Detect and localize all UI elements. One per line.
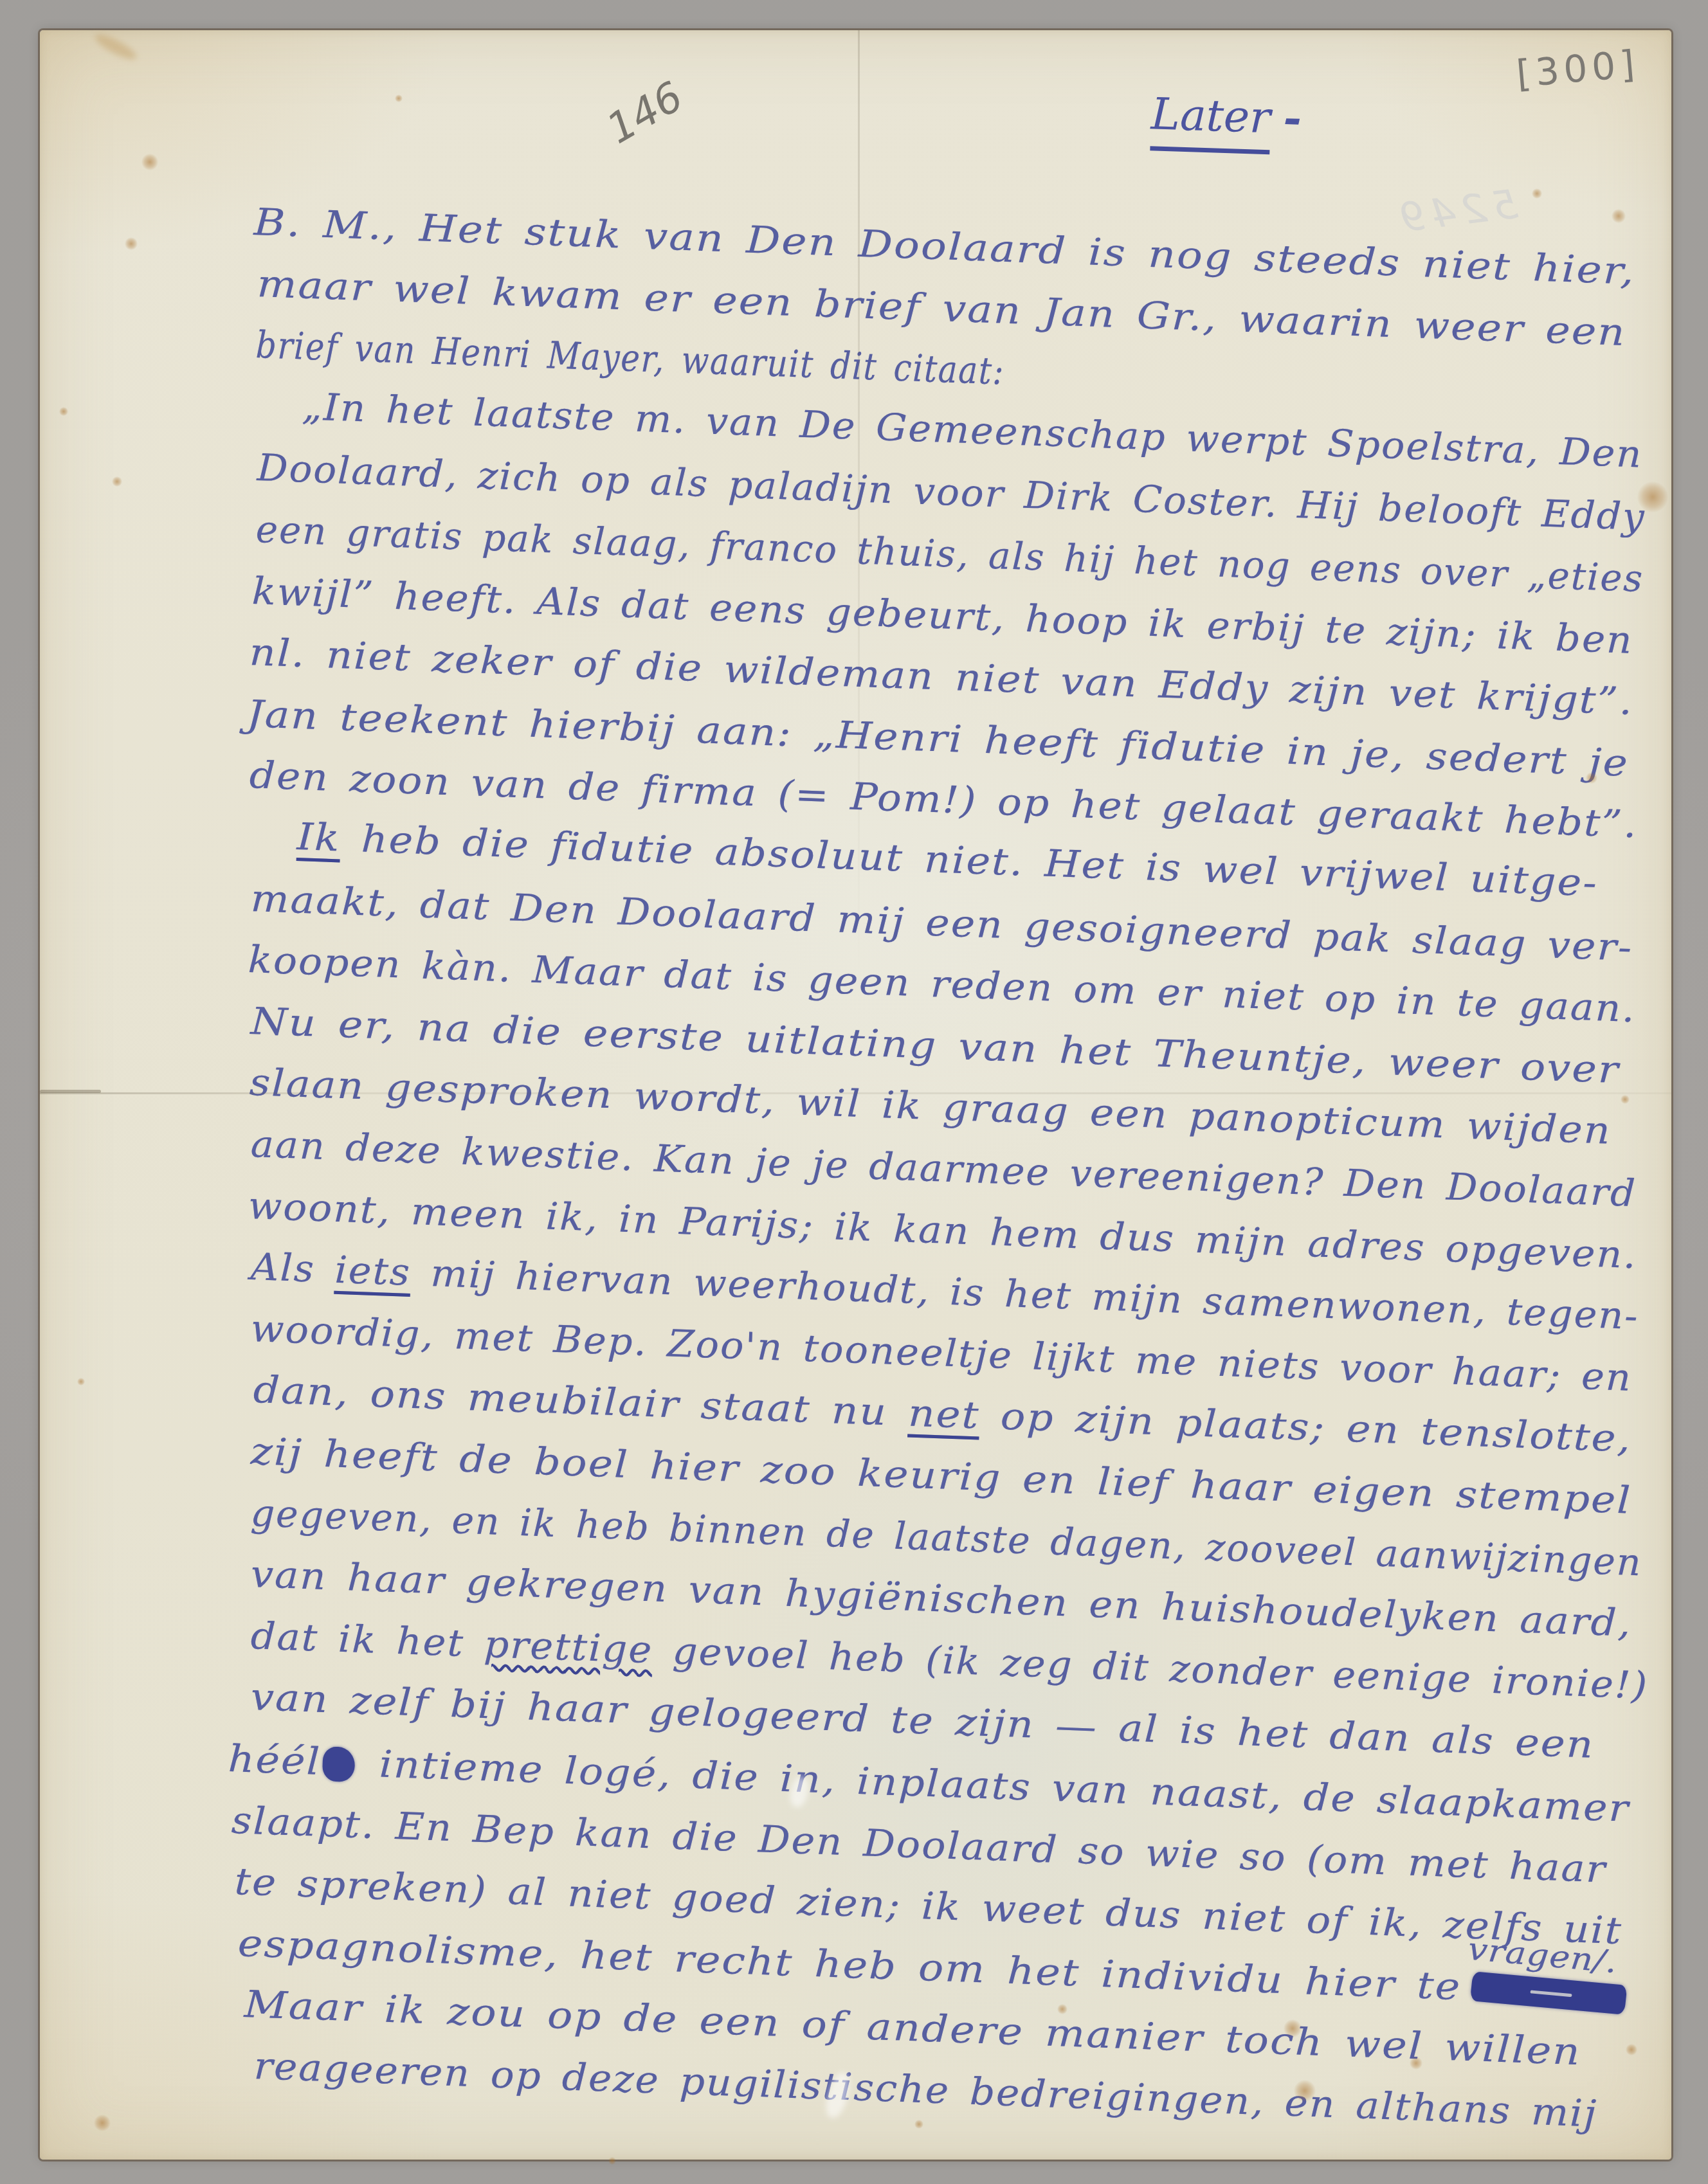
horizontal-fold-crease xyxy=(40,1092,1671,1094)
foxing-spot xyxy=(59,407,68,416)
fold-crease-edge-mark xyxy=(40,1090,101,1093)
foxing-spot xyxy=(1410,2057,1422,2070)
foxing-spot xyxy=(94,2115,111,2131)
foxing-spot xyxy=(1621,1095,1630,1104)
wavy-underlined-word: prettige xyxy=(484,1622,654,1672)
underlined-word: iets xyxy=(334,1248,412,1294)
foxing-spot xyxy=(1532,188,1542,199)
underlined-word: net xyxy=(907,1391,981,1438)
letter-body: B. M., Het stuk van Den Doolaard is nog … xyxy=(40,30,1671,2160)
foxing-spot xyxy=(125,237,138,250)
foxing-spot xyxy=(112,476,122,487)
foxing-spot xyxy=(608,2157,616,2165)
letter-page: 146 [300] 5249 Later- B. M., Het stuk va… xyxy=(40,30,1671,2160)
underlined-word: Ik xyxy=(296,815,341,860)
ink-blot xyxy=(322,1746,355,1782)
strikethrough-blot: vragen/. xyxy=(1470,1971,1628,2014)
scanner-background: 146 [300] 5249 Later- B. M., Het stuk va… xyxy=(0,0,1708,2184)
letter-line: brief van Henri Mayer, waaruit dit citaa… xyxy=(255,325,1005,392)
foxing-spot xyxy=(1637,482,1668,512)
foxing-spot xyxy=(914,2120,923,2129)
foxing-spot xyxy=(395,95,403,102)
foxing-spot xyxy=(1294,2080,1316,2102)
vertical-fold-crease xyxy=(858,30,860,1059)
foxing-spot xyxy=(141,154,158,170)
foxing-spot xyxy=(1612,209,1626,223)
foxing-spot xyxy=(1586,772,1597,784)
foxing-spot xyxy=(1284,2019,1302,2037)
foxing-spot xyxy=(1626,2044,1637,2055)
foxing-spot xyxy=(1057,2004,1067,2014)
foxing-spot xyxy=(77,1378,85,1385)
